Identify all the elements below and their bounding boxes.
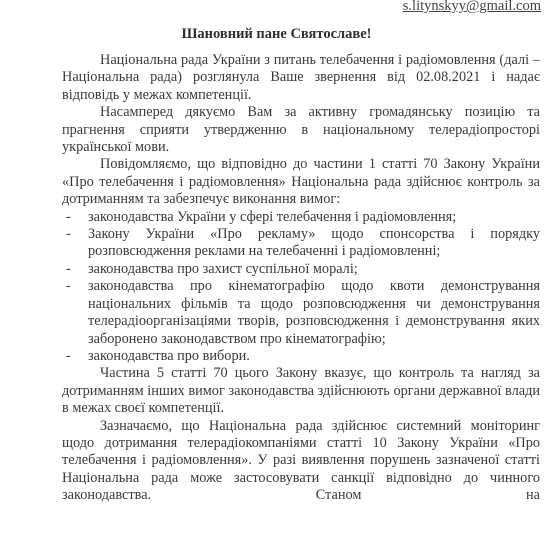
bullet-dash: -	[66, 348, 71, 365]
list-item-text: законодавства про кінематографію щодо кв…	[88, 278, 540, 346]
list-item-text: Закону України «Про рекламу» щодо спонсо…	[88, 226, 540, 259]
list-item: -законодавства України у сфері телебачен…	[62, 209, 540, 226]
paragraph-law-reference: Повідомляємо, що відповідно до частини 1…	[62, 156, 540, 208]
paragraph-thanks: Насамперед дякуємо Вам за активну громад…	[62, 104, 540, 156]
sender-email: s.litynskyy@gmail.com	[403, 0, 541, 15]
bullet-dash: -	[66, 278, 71, 295]
list-item-text: законодавства про захист суспільної мора…	[88, 261, 358, 277]
list-item-text: законодавства України у сфері телебаченн…	[88, 209, 456, 225]
list-item-text: законодавства про вибори.	[88, 348, 250, 364]
paragraph-intro: Національна рада України з питань телеба…	[62, 52, 540, 104]
list-item: -законодавства про захист суспільної мор…	[62, 261, 540, 278]
paragraph-part5: Частина 5 статті 70 цього Закону вказує,…	[62, 365, 540, 417]
bullet-dash: -	[66, 209, 71, 226]
paragraph-monitoring: Зазначаємо, що Національна рада здійснює…	[62, 418, 540, 505]
bullet-dash: -	[66, 226, 71, 243]
list-item: -законодавства про кінематографію щодо к…	[62, 278, 540, 348]
letter-body: Національна рада України з питань телеба…	[62, 52, 540, 505]
list-item: -законодавства про вибори.	[62, 348, 540, 365]
bullet-dash: -	[66, 261, 71, 278]
requirements-list: -законодавства України у сфері телебачен…	[62, 209, 540, 366]
list-item: -Закону України «Про рекламу» щодо спонс…	[62, 226, 540, 261]
greeting-heading: Шановний пане Святославе!	[0, 26, 553, 43]
